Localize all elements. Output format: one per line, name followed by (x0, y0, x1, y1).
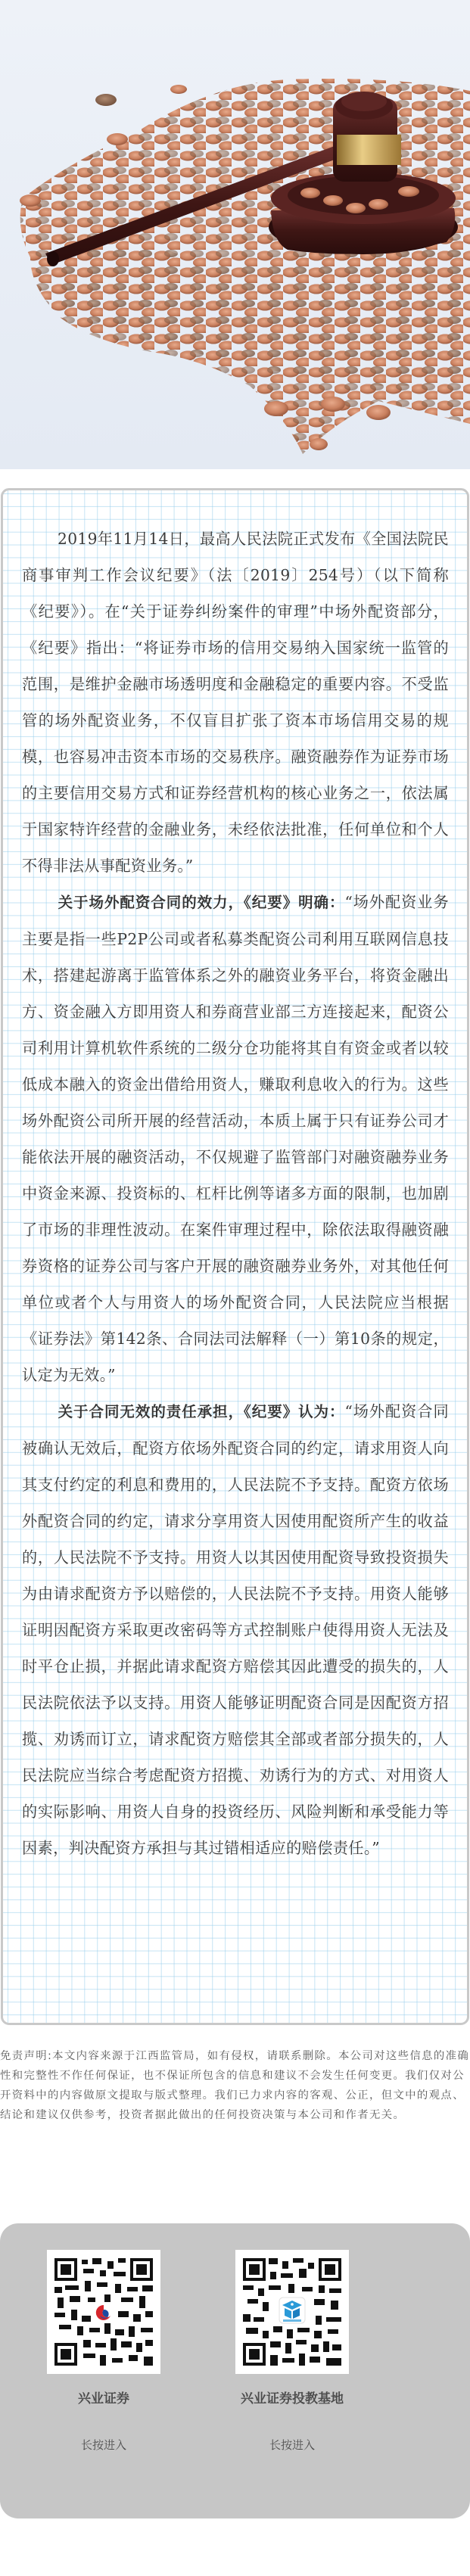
article-card: 2019年11月14日，最高人民法院正式发布《全国法院民商事审判工作会议纪要》（… (1, 488, 469, 2025)
hero-image (0, 0, 470, 469)
qr-title: 兴业证券投教基地 (194, 2388, 391, 2406)
paragraph-text: 2019年11月14日，最高人民法院正式发布《全国法院民商事审判工作会议纪要》（… (22, 530, 449, 875)
qr-code-icon (54, 2258, 153, 2366)
qr-hint: 长按进入 (36, 2437, 172, 2453)
qr-hint: 长按进入 (224, 2437, 360, 2453)
qr-code-icon (243, 2258, 341, 2366)
paragraph-bold-lead: 关于合同无效的责任承担，《纪要》认为： (58, 1403, 344, 1420)
article-paragraph-3: 关于合同无效的责任承担，《纪要》认为：“场外配资合同被确认无效后，配资方依场外配… (22, 1393, 449, 1866)
qr-code-xingye-securities[interactable] (47, 2250, 160, 2374)
article-paragraph-1: 2019年11月14日，最高人民法院正式发布《全国法院民商事审判工作会议纪要》（… (22, 521, 449, 884)
qr-title: 兴业证券 (5, 2388, 202, 2406)
gavel-coins-illustration (0, 0, 470, 469)
disclaimer-text: 免责声明:本文内容来源于江西监管局，如有侵权，请联系删除。本公司对这些信息的准确… (0, 2046, 470, 2125)
qr-code-panel: 兴业证券 长按进入 (0, 2223, 470, 2518)
paragraph-bold-lead: 关于场外配资合同的效力，《纪要》明确： (58, 894, 344, 911)
article-paragraph-2: 关于场外配资合同的效力，《纪要》明确：“场外配资业务主要是指一些P2P公司或者私… (22, 884, 449, 1393)
paragraph-text: “场外配资业务主要是指一些P2P公司或者私募类配资公司利用互联网信息技术，搭建起… (22, 893, 449, 1384)
paragraph-text: “场外配资合同被确认无效后，配资方依场外配资合同的约定，请求用资人向其支付约定的… (22, 1402, 449, 1857)
qr-code-investor-education-base[interactable] (235, 2250, 349, 2374)
